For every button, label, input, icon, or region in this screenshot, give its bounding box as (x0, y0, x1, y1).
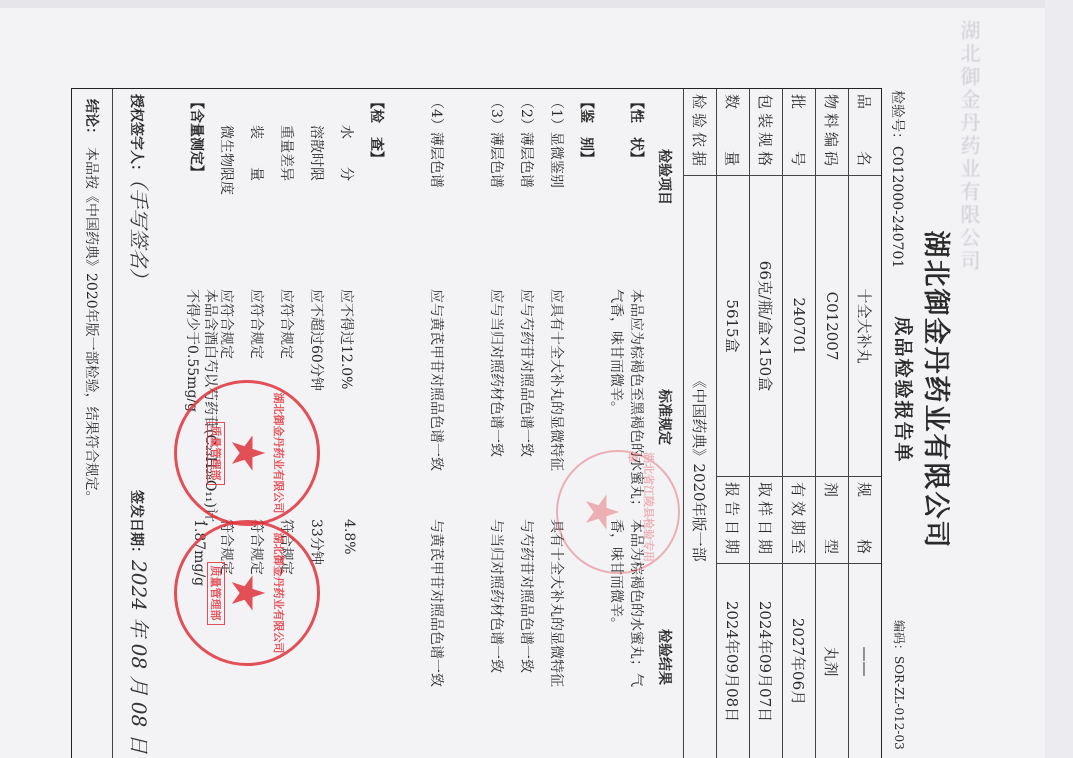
conclusion: 结论： 本品按《中国药典》2020年版一部检验，结果符合规定。 (72, 89, 112, 758)
scan-right-margin (1045, 0, 1073, 758)
inspection-number: 检验号：C012000-240701 (888, 90, 908, 268)
section-check: 【检 查】 (367, 95, 387, 165)
handwritten-signature: （手写签名） (127, 178, 151, 288)
inspection-stamp: 湖北省江陵县检验专用章 ★ (556, 450, 680, 574)
document-code: 编码：SOR-ZL-012-03 (891, 620, 908, 750)
scan-top-edge (0, 0, 1073, 8)
star-icon: ★ (225, 572, 271, 613)
section-character: 【性 状】 (627, 95, 647, 165)
info-row: 物料编码 C012007 剂 型 丸剂 (815, 89, 848, 758)
info-row: 数 量 5615盒 报告日期 2024年09月08日 (716, 89, 749, 758)
info-row: 品 名 十全大补丸 规 格 —— (848, 89, 881, 758)
authorized-signatory: 授权签字人：（手写签名） (126, 94, 155, 288)
col-item-header: 检验项目 (655, 149, 675, 205)
company-name: 湖北御金丹药业有限公司 (919, 20, 958, 758)
issue-date: 签发日期：2024 年 08 月 08 日 (126, 490, 155, 754)
col-result-header: 检验结果 (655, 629, 675, 685)
basis-row: 检验依据 《中国药典》2020年版一部 (683, 89, 716, 758)
section-assay: 【含量测定】 (187, 95, 207, 179)
star-icon: ★ (579, 491, 625, 532)
section-identification: 【鉴 别】 (577, 95, 597, 165)
star-icon: ★ (225, 432, 271, 473)
company-stamp: 湖北御金丹药业有限公司 ★ 质量管理部 (174, 520, 320, 666)
col-standard-header: 标准规定 (655, 389, 675, 445)
info-row: 包装规格 66克/瓶/盒×150盒 取样日期 2024年09月07日 (749, 89, 782, 758)
company-stamp: 湖北御金丹药业有限公司 ★ 质量管理部 (174, 380, 320, 526)
info-row: 批 号 240701 有效期至 2027年06月 (782, 89, 815, 758)
report-page: 湖北御金丹药业有限公司 成品检验报告单 检验号：C012000-240701 编… (110, 20, 1010, 758)
